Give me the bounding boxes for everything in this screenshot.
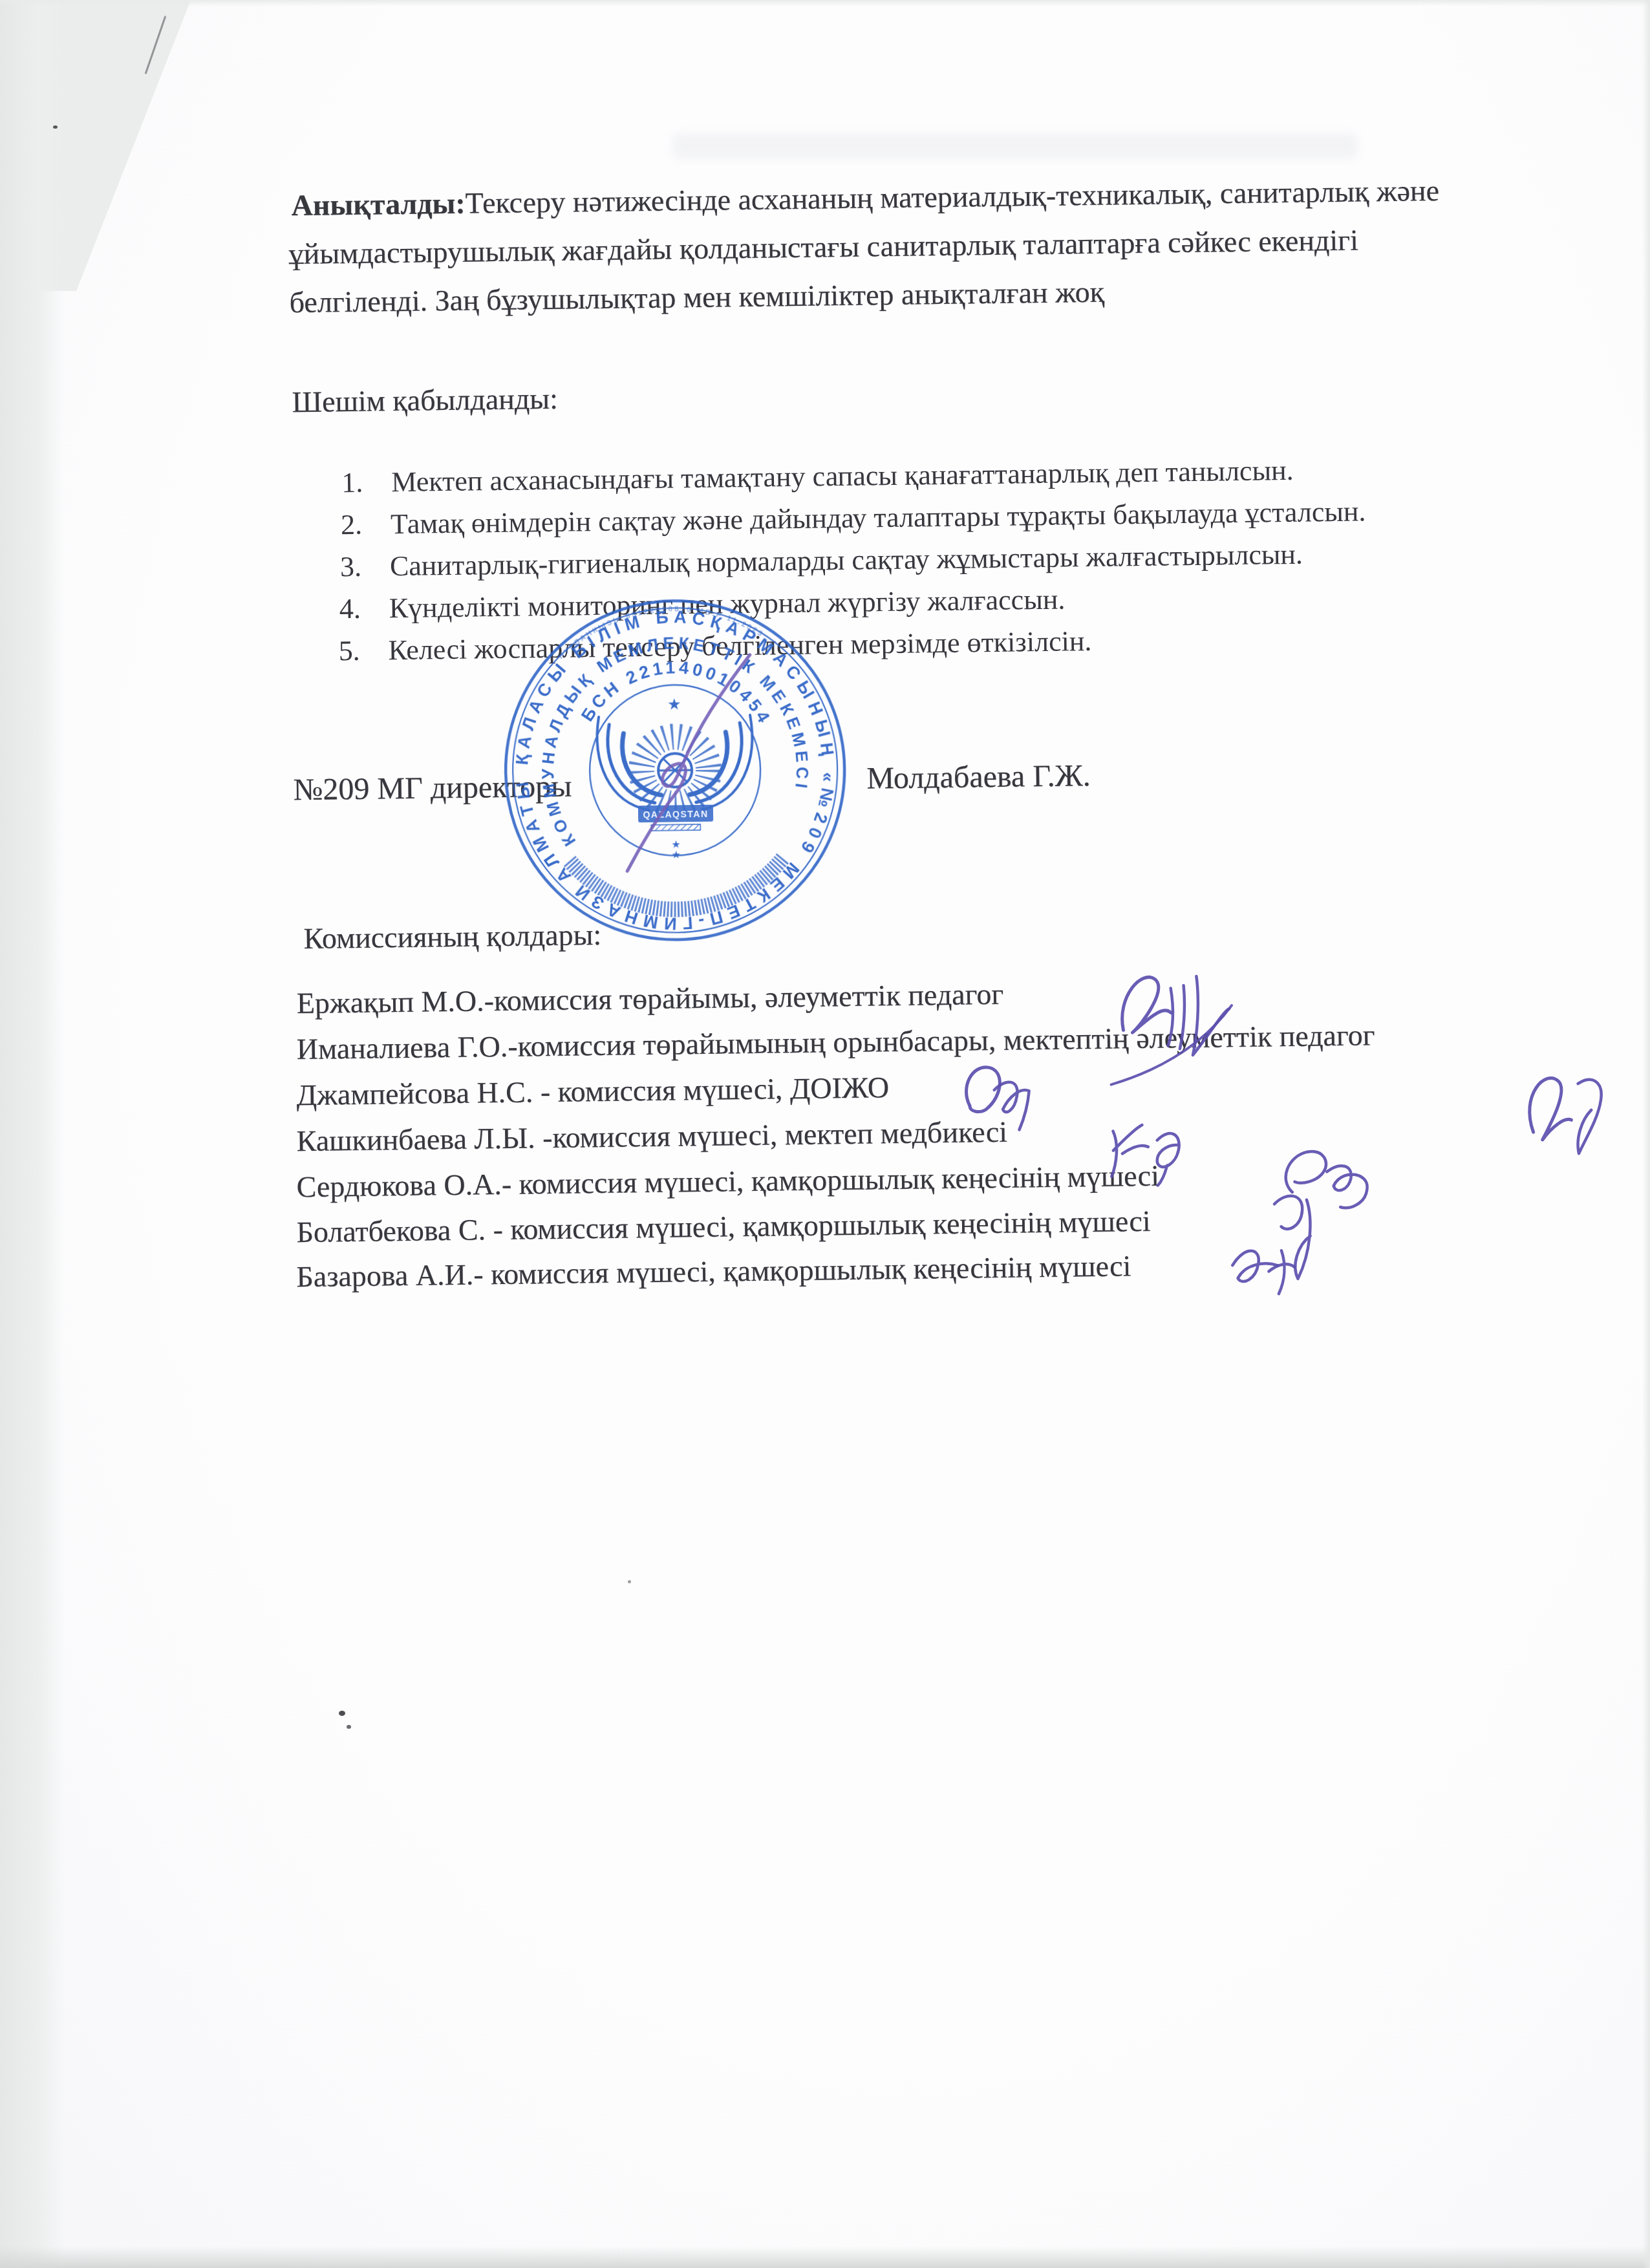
emblem-top-star-icon: ★ (667, 696, 681, 713)
stamp-graphic: НУРЛАНКЫЗЫ 83122450810 МВ.Р 11.2023 АЛМА… (497, 592, 854, 949)
findings-line-1: Анықталды:Тексеру нәтижесінде асхананың … (291, 171, 1439, 225)
member-signature (951, 1051, 1033, 1133)
decision-item: Тамақ өнімдерін сақтау және дайындау тал… (391, 495, 1366, 540)
list-number: 4. (339, 592, 361, 625)
decision-list: 1. Мектеп асханасындағы тамақтану сапасы… (0, 0, 1646, 4)
emblem-banner-text: QAZAQSTAN (643, 809, 708, 820)
list-number: 1. (341, 466, 363, 499)
commission-member-line: Кашкинбаева Л.Ы. -комиссия мүшесі, мекте… (296, 1113, 1007, 1161)
commission-member-line: Болатбекова С. - комиссия мүшесі, қамқор… (296, 1202, 1151, 1252)
member-signature (1212, 1225, 1307, 1303)
commission-member-line: Джампейсова Н.С. - комиссия мүшесі, ДОІЖ… (296, 1068, 889, 1115)
official-round-stamp: НУРЛАНКЫЗЫ 83122450810 МВ.Р 11.2023 АЛМА… (497, 592, 854, 949)
member-signature (1505, 1054, 1623, 1156)
commission-member-line: Базарова А.И.- комиссия мүшесі, қамқоршы… (296, 1246, 1131, 1296)
findings-text-1: Тексеру нәтижесінде асхананың материалды… (465, 174, 1439, 220)
document-content: Анықталды:Тексеру нәтижесінде асхананың … (0, 0, 1650, 2268)
member-signature (1102, 950, 1252, 1087)
scanned-document-page: Анықталды:Тексеру нәтижесінде асхананың … (0, 0, 1650, 2268)
list-number: 2. (341, 508, 363, 541)
findings-line-3: белгіленді. Заң бұзушылықтар мен кемшілі… (289, 273, 1104, 322)
emblem-base-band (651, 824, 700, 831)
commission-heading: Комиссияның қолдары: (303, 915, 601, 958)
commission-member-line: Ержақып М.О.-комиссия төрайымы, әлеуметт… (296, 975, 1003, 1023)
findings-line-2: ұйымдастырушылық жағдайы қолданыстағы са… (288, 221, 1358, 274)
list-number: 3. (340, 550, 362, 583)
findings-label: Анықталды: (291, 187, 466, 222)
director-name: Молдабаева Г.Ж. (866, 756, 1091, 798)
commission-member-line: Сердюкова О.А.- комиссия мүшесі, қамқорш… (296, 1157, 1159, 1206)
decision-item: Санитарлық-гигиеналық нормаларды сақтау … (390, 538, 1303, 583)
member-signature (1097, 1106, 1183, 1188)
list-number: 5. (338, 634, 360, 667)
decision-item: Мектеп асханасындағы тамақтану сапасы қа… (391, 454, 1294, 498)
emblem-small-star-icon: ★ (672, 850, 681, 861)
emblem-small-star-icon: ★ (671, 839, 681, 850)
decision-heading: Шешім қабылданды: (292, 380, 558, 422)
